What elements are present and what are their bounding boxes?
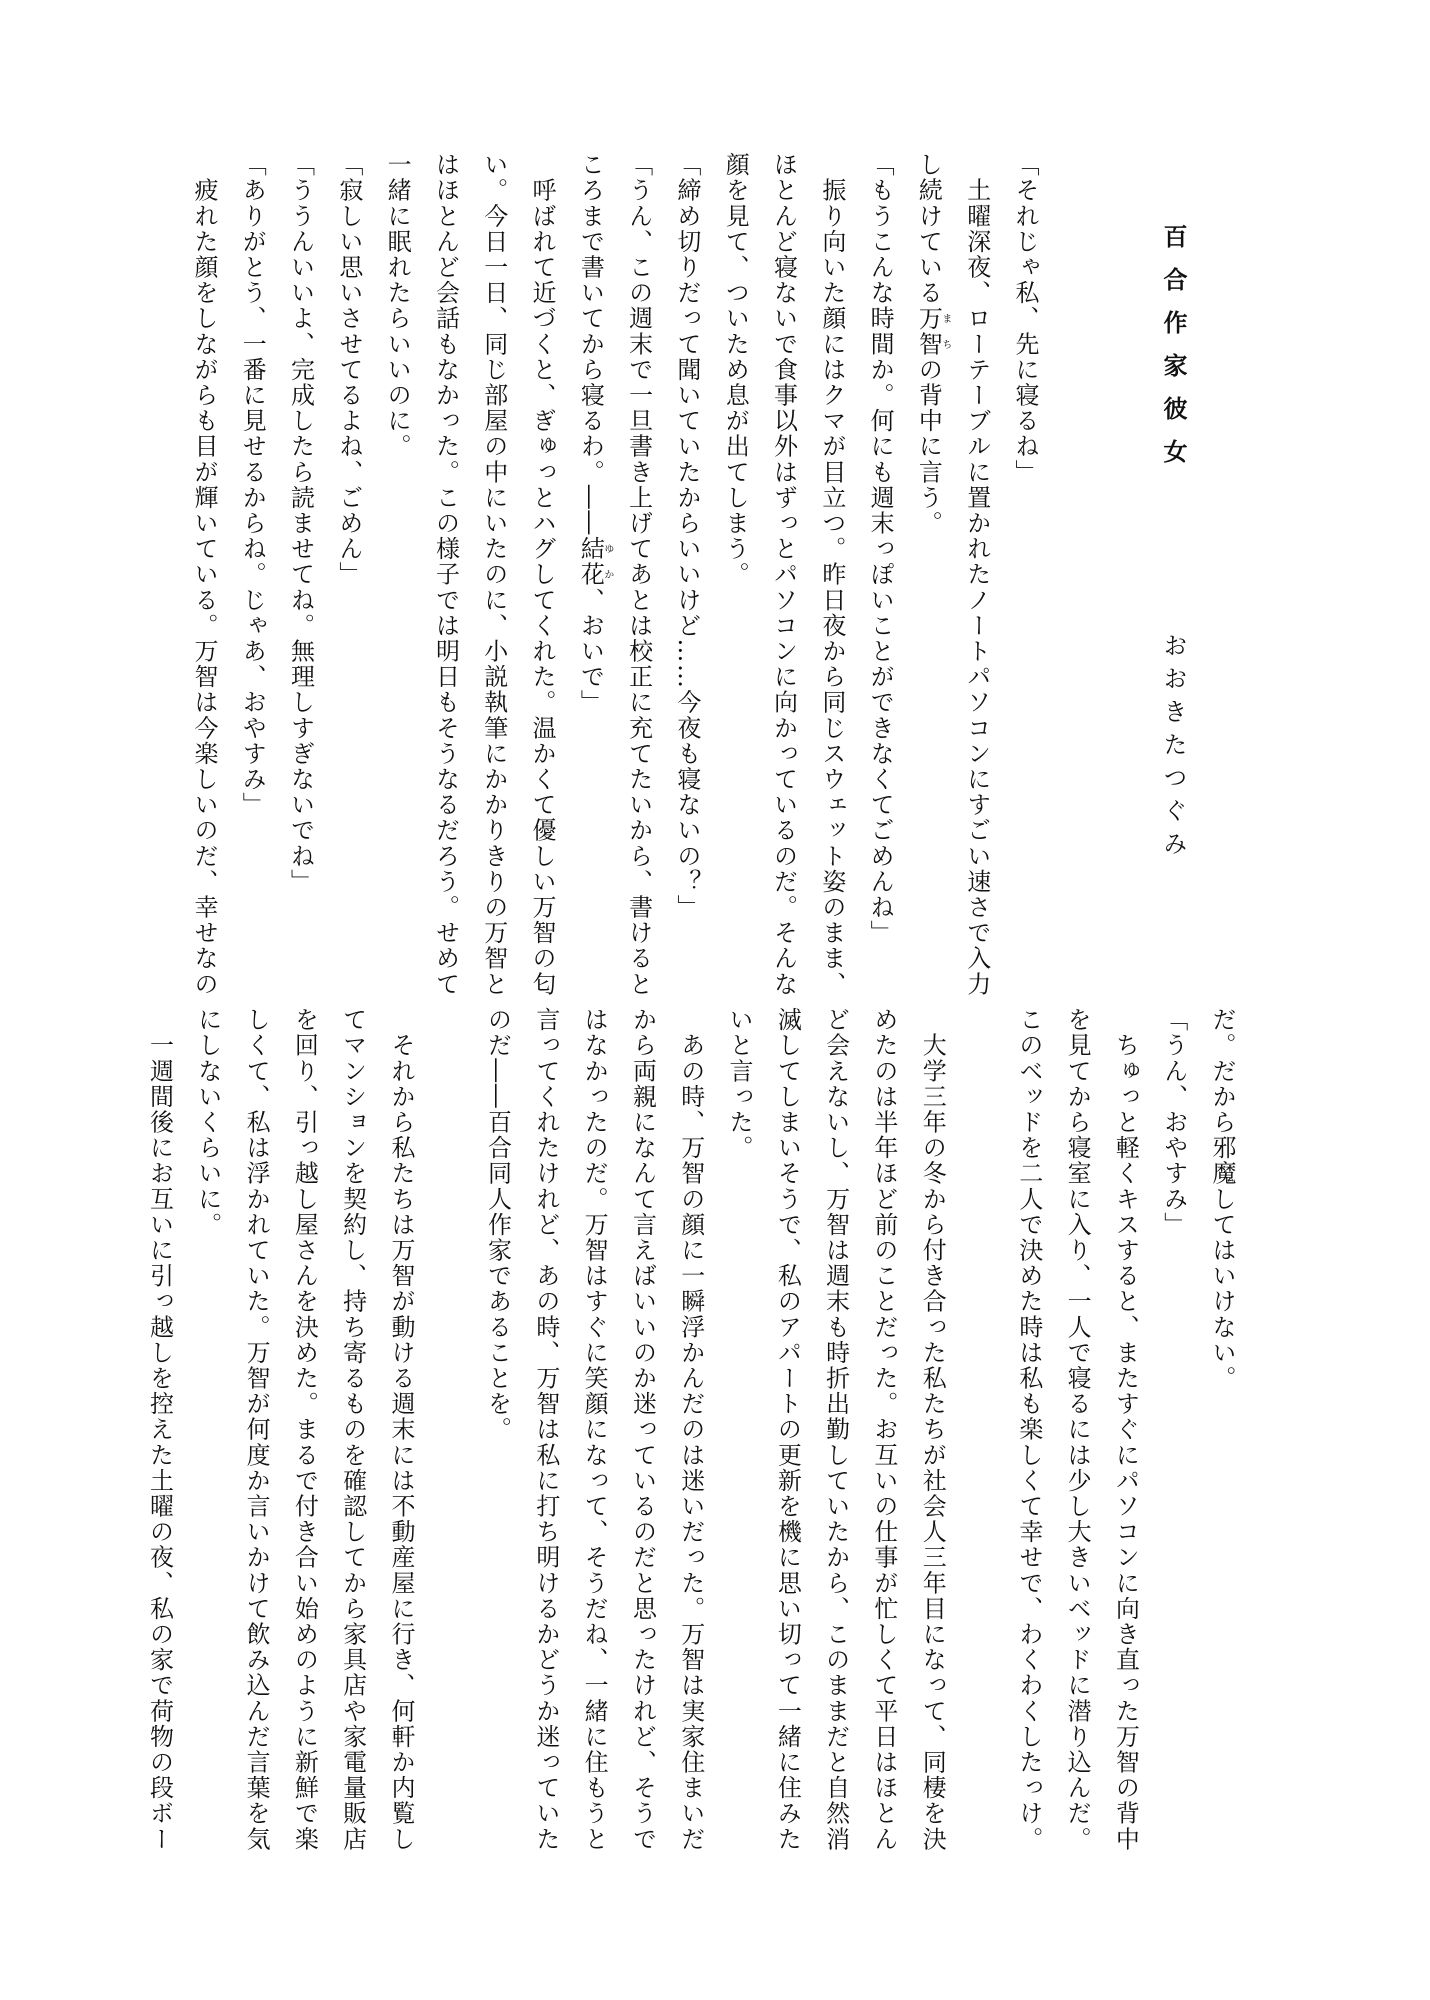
text-column: を見てから寝室に入り、一人で寝るには少し大きいベッドに潜り込んだ。 — [1053, 1007, 1101, 1859]
text-column: し続けている万智まちの背中に言う。 — [904, 152, 952, 1004]
text-column: だ。だから邪魔してはいけない。 — [1198, 1007, 1246, 1859]
lower-text-block: だ。だから邪魔してはいけない。「うん、おやすみ」 ちゅっと軽くキスすると、またす… — [135, 1007, 1246, 1859]
text-column: しくて、私は浮かれていた。万智が何度か言いかけて飲み込んだ言葉を気 — [232, 1007, 280, 1859]
text-column: 顔を見て、ついため息が出てしまう。 — [711, 152, 759, 1004]
furigana-text: まち — [940, 306, 951, 357]
text-column: 一緒に眠れたらいいのに。 — [373, 152, 421, 1004]
text-column: 「寂しい思いさせてるよね、ごめん」 — [325, 152, 373, 1004]
text-column: 「それじゃ私、先に寝るね」 — [1001, 152, 1049, 1004]
document-page: 百合作家彼女 おおきたつぐみ 「それじゃ私、先に寝るね」 土曜深夜、ローテーブル… — [0, 0, 1430, 2000]
text-column: から両親になんて言えばいいのか迷っているのだと思ったけれど、そうで — [618, 1007, 666, 1859]
blank-column — [956, 1007, 1004, 1859]
text-column: 大学三年の冬から付き合った私たちが社会人三年目になって、同棲を決 — [908, 1007, 956, 1859]
text-column: 「うん、おやすみ」 — [1149, 1007, 1197, 1859]
text-column: 「もうこんな時間か。何にも週末っぽいことができなくてごめんね」 — [856, 152, 904, 1004]
text-column: 疲れた顔をしながらも目が輝いている。万智は今楽しいのだ、幸せなの — [180, 152, 228, 1004]
text-column: はなかったのだ。万智はすぐに笑顔になって、そうだね、一緒に住もうと — [570, 1007, 618, 1859]
furigana-base: 万智まち — [914, 306, 942, 357]
text-column: いと言った。 — [715, 1007, 763, 1859]
text-column: 呼ばれて近づくと、ぎゅっとハグしてくれた。温かくて優しい万智の匂 — [518, 152, 566, 1004]
text-column: 「ううんいいよ、完成したら読ませてね。無理しすぎないでね」 — [276, 152, 324, 1004]
text-column: 「締め切りだって聞いていたからいいけど……今夜も寝ないの？」 — [663, 152, 711, 1004]
text-column: ど会えないし、万智は週末も時折出勤していたから、このままだと自然消 — [811, 1007, 859, 1859]
text-column: てマンションを契約し、持ち寄るものを確認してから家具店や家電量販店 — [328, 1007, 376, 1859]
furigana-text: ゆか — [602, 536, 613, 587]
text-column: ころまで書いてから寝るわ。――結花ゆか、おいで」 — [566, 152, 614, 1004]
text-column: 「ありがとう、一番に見せるからね。じゃあ、おやすみ」 — [228, 152, 276, 1004]
text-column: にしないくらいに。 — [183, 1007, 231, 1859]
upper-text-block: 「それじゃ私、先に寝るね」 土曜深夜、ローテーブルに置かれたノートパソコンにすご… — [177, 152, 1049, 1004]
text-column: 土曜深夜、ローテーブルに置かれたノートパソコンにすごい速さで入力 — [952, 152, 1000, 1004]
text-column: い。今日一日、同じ部屋の中にいたのに、小説執筆にかかりきりの万智と — [469, 152, 517, 1004]
story-title: 百合作家彼女 — [1149, 224, 1197, 482]
text-column: 一週間後にお互いに引っ越しを控えた土曜の夜、私の家で荷物の段ボー — [135, 1007, 183, 1859]
text-column: はほとんど会話もなかった。この様子では明日もそうなるだろう。せめて — [421, 152, 469, 1004]
text-column: 振り向いた顔にはクマが目立つ。昨日夜から同じスウェット姿のまま、 — [808, 152, 856, 1004]
text-column: このベッドを二人で決めた時は私も楽しくて幸せで、わくわくしたっけ。 — [1005, 1007, 1053, 1859]
furigana-base: 結花ゆか — [576, 536, 604, 587]
text-column: ちゅっと軽くキスすると、またすぐにパソコンに向き直った万智の背中 — [1101, 1007, 1149, 1859]
text-column: 滅してしまいそうで、私のアパートの更新を機に思い切って一緒に住みた — [763, 1007, 811, 1859]
text-column: を回り、引っ越し屋さんを決めた。まるで付き合い始めのように新鮮で楽 — [280, 1007, 328, 1859]
text-column: のだ――百合同人作家であることを。 — [473, 1007, 521, 1859]
text-column: それから私たちは万智が動ける週末には不動産屋に行き、何軒か内覧し — [377, 1007, 425, 1859]
text-column: 「うん、この週末で一旦書き上げてあとは校正に充てたいから、書けると — [614, 152, 662, 1004]
author-name: おおきたつぐみ — [1149, 633, 1197, 864]
text-column: 言ってくれたけれど、あの時、万智は私に打ち明けるかどうか迷っていた — [522, 1007, 570, 1859]
text-column: ほとんど寝ないで食事以外はずっとパソコンに向かっているのだ。そんな — [759, 152, 807, 1004]
text-column: あの時、万智の顔に一瞬浮かんだのは迷いだった。万智は実家住まいだ — [666, 1007, 714, 1859]
text-column: めたのは半年ほど前のことだった。お互いの仕事が忙しくて平日はほとん — [860, 1007, 908, 1859]
blank-column — [425, 1007, 473, 1859]
